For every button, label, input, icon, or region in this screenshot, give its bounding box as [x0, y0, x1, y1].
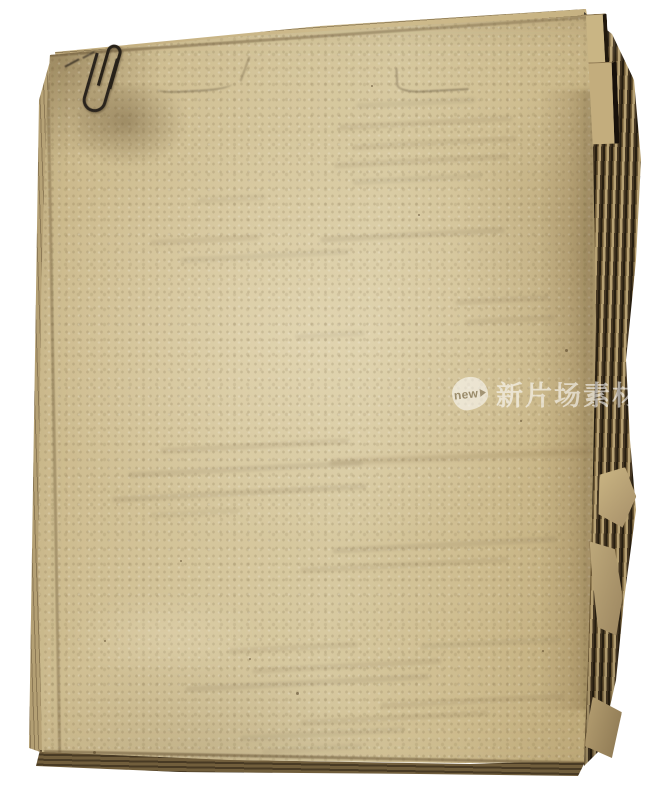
- watermark-new-badge: new: [450, 375, 489, 412]
- watermark: new 新片场素材: [452, 374, 641, 413]
- watermark-badge-label: new: [453, 386, 479, 402]
- play-icon: [480, 388, 487, 397]
- watermark-text: 新片场素材: [496, 374, 641, 413]
- stock-photo-old-typewritten-document-stack: new 新片场素材: [0, 0, 645, 800]
